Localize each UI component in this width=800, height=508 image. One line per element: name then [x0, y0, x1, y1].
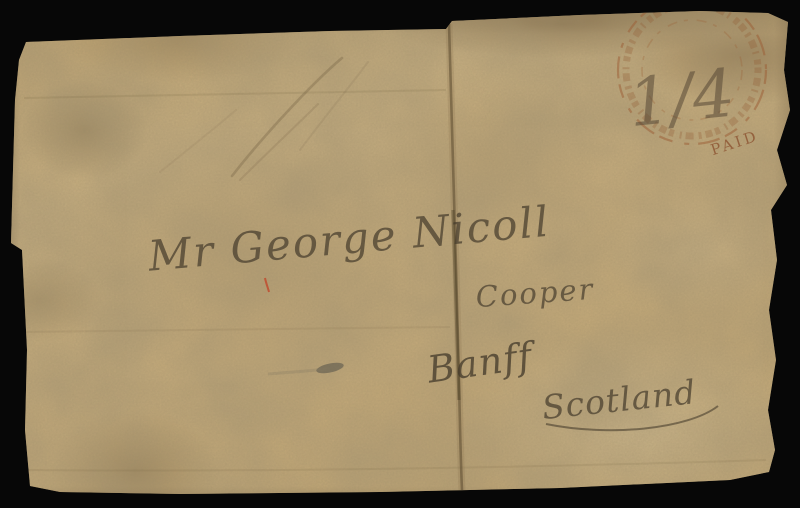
address-line-4: Scotland	[540, 372, 698, 427]
address-line-3: Banff	[424, 333, 541, 391]
manuscript-rate: 1/4	[625, 54, 739, 142]
folded-letter: PAID 1/4 Mr George Nicoll Cooper	[0, 0, 800, 508]
ink-smudge	[268, 361, 345, 376]
faint-manuscript-strokes	[160, 58, 368, 180]
address-block: Mr George Nicoll Cooper Banff Scotland	[145, 197, 718, 431]
red-ink-mark	[265, 278, 269, 292]
address-line-1: Mr George Nicoll	[145, 197, 552, 281]
photo-background: PAID 1/4 Mr George Nicoll Cooper	[0, 0, 800, 508]
address-line-2: Cooper	[475, 272, 596, 314]
fold-crease	[449, 24, 462, 490]
